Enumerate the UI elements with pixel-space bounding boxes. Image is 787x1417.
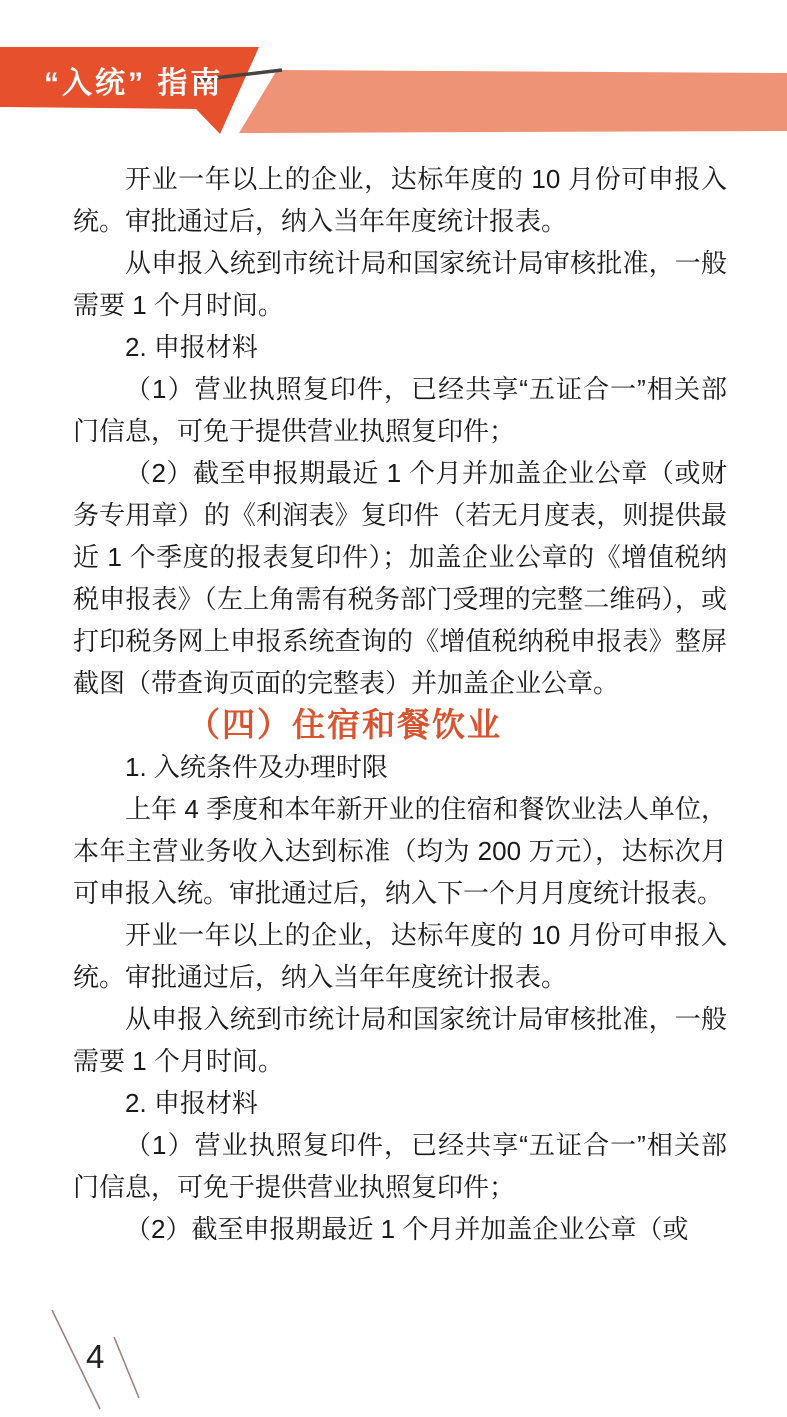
body-paragraph: 从申报入统到市统计局和国家统计局审核批准，一般需要 1 个月时间。: [73, 998, 727, 1082]
body-paragraph: 开业一年以上的企业，达标年度的 10 月份可申报入统。审批通过后，纳入当年年度统…: [73, 158, 727, 242]
body-paragraph: 上年 4 季度和本年新开业的住宿和餐饮业法人单位，本年主营业务收入达到标准（均为…: [73, 788, 727, 914]
section-heading: （四）住宿和餐饮业: [73, 704, 727, 746]
document-page: “入统” 指南 开业一年以上的企业，达标年度的 10 月份可申报入统。审批通过后…: [0, 0, 787, 1417]
body-paragraph: 1. 入统条件及办理时限: [73, 746, 727, 788]
ribbon-light-band: [239, 70, 787, 133]
body-paragraph: （1）营业执照复印件，已经共享“五证合一”相关部门信息，可免于提供营业执照复印件…: [73, 1124, 727, 1208]
body-paragraph: 从申报入统到市统计局和国家统计局审核批准，一般需要 1 个月时间。: [73, 242, 727, 326]
document-body: 开业一年以上的企业，达标年度的 10 月份可申报入统。审批通过后，纳入当年年度统…: [73, 150, 727, 1250]
body-paragraph: （2）截至申报期最近 1 个月并加盖企业公章（或财务专用章）的《利润表》复印件（…: [73, 452, 727, 704]
body-paragraph: （2）截至申报期最近 1 个月并加盖企业公章（或: [73, 1208, 727, 1250]
body-paragraph: 2. 申报材料: [73, 326, 727, 368]
page-number: 4: [86, 1338, 104, 1376]
footer-slash-short: [114, 1337, 139, 1398]
body-paragraph: 开业一年以上的企业，达标年度的 10 月份可申报入统。审批通过后，纳入当年年度统…: [73, 914, 727, 998]
ribbon-title: “入统” 指南: [44, 58, 223, 102]
body-paragraph: 2. 申报材料: [73, 1082, 727, 1124]
body-paragraph: （1）营业执照复印件，已经共享“五证合一”相关部门信息，可免于提供营业执照复印件…: [73, 368, 727, 452]
